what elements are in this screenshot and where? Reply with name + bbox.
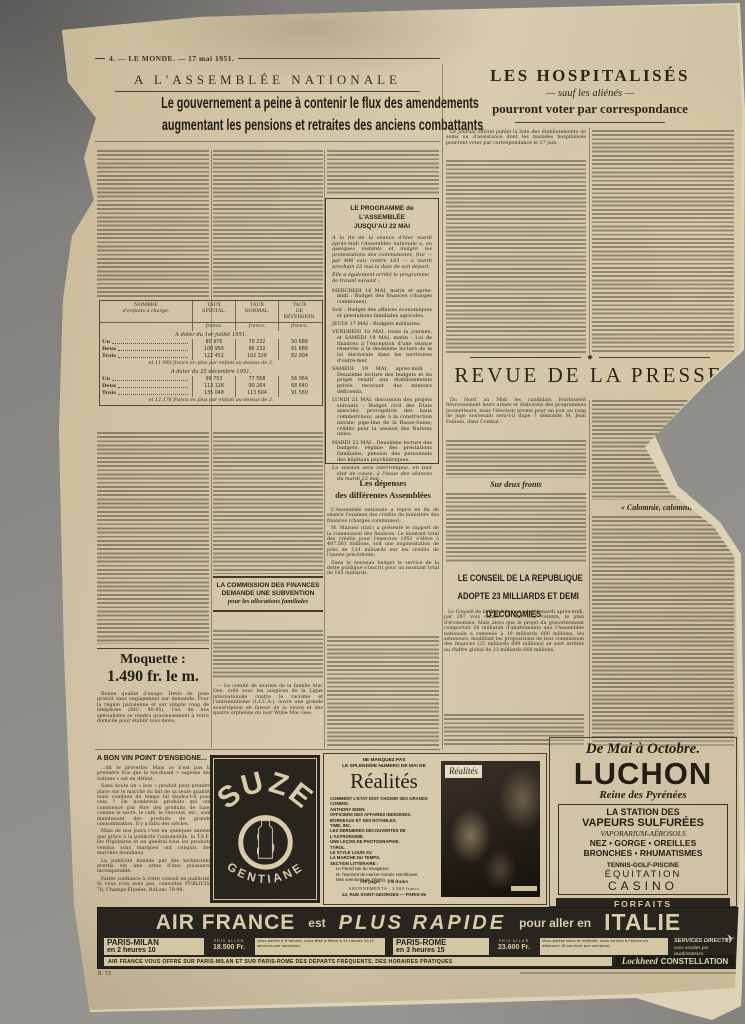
realites-photo-label: Réalités	[445, 765, 482, 778]
milan-note: Vous partez à 9 heures, vous êtes à Mila…	[255, 938, 385, 955]
section-divider-rule	[442, 64, 443, 750]
airfrance-brand: AIR FRANCE	[156, 912, 296, 933]
section-kicker: A L'ASSEMBLÉE NATIONALE	[115, 72, 420, 92]
programme-intro2: Elle a également arrêté le programme de …	[332, 273, 432, 284]
ads-rule	[95, 749, 440, 750]
revue-title: REVUE DE LA PRESSE	[443, 362, 735, 388]
lockheed-chip: Lockheed CONSTELLATION	[616, 955, 734, 967]
table-row: Trois 122 452 102 328 82 904	[100, 353, 322, 360]
table-unit-row: francs. francs. francs.	[100, 323, 322, 331]
commission-line3: pour les allocations familiales	[213, 598, 323, 606]
realites-brand: Réalités	[330, 769, 438, 793]
body-text-block	[213, 150, 323, 298]
hospitalises-rule	[515, 122, 665, 123]
milan-price: 18.500 Fr.	[206, 944, 252, 952]
bonvin-title: A BON VIN POINT D'ENSEIGNE...	[97, 754, 211, 763]
airfrance-banner: AIR FRANCE est PLUS RAPIDE pour aller en…	[98, 908, 739, 937]
body-text-block	[327, 150, 439, 194]
conseil-lead: Le Conseil de la République a adopté mar…	[444, 610, 584, 712]
luchon-brand: LUCHON	[550, 758, 736, 789]
moquette-body: Bonne qualité d'usage. Devis de pose gra…	[97, 692, 209, 744]
hospitalises-subtitle: — sauf les aliénés —	[444, 88, 736, 100]
body-text-block	[327, 636, 439, 746]
luchon-line2: VAPEURS SULFURÉES	[559, 817, 727, 829]
column-rule	[211, 150, 212, 748]
commission-line1: LA COMMISSION DES FINANCES	[213, 582, 323, 590]
programme-box: LE PROGRAMME de L'ASSEMBLÉE JUSQU'AU 22 …	[325, 198, 439, 464]
masthead: 4. — LE MONDE. — 17 mai 1951.	[95, 54, 440, 63]
table-row: Trois 135 048 113 604 91 560	[100, 390, 322, 397]
luchon-line3: VAPORARIUM-AÉROSOLS	[559, 829, 727, 838]
body-text-block	[592, 400, 734, 500]
realites-contents: COMMENT L'ETAT DOIT CHOISIR SES GRANDS C…	[330, 796, 438, 883]
rome-price: 23.600 Fr.	[491, 944, 537, 952]
body-text-block	[97, 150, 209, 298]
programme-title1: LE PROGRAMME de L'ASSEMBLÉE	[332, 204, 432, 222]
airfrance-rapide: PLUS RAPIDE	[339, 913, 506, 933]
headline-line2-wrap: augmentant les pensions et retraites des…	[93, 116, 441, 136]
rome-panel: PARIS-ROME en 3 heures 15	[393, 938, 489, 955]
hospitalises-subtitle2: pourront voter par correspondance	[444, 101, 736, 117]
bonvin-body: ...dit le proverbe. Mais ce n'est pas la…	[97, 766, 211, 902]
commission-line2: DEMANDE UNE SUBVENTION	[213, 590, 323, 598]
airfrance-ad: AIR FRANCE est PLUS RAPIDE pour aller en…	[97, 907, 740, 969]
headline-line1-wrap: Le gouvernement a peine à contenir le fl…	[93, 94, 441, 114]
footer-code: B. 73	[98, 971, 111, 977]
macgee-paragraph: — Le comité de soutien de la famille Mac…	[213, 684, 323, 746]
luchon-line1: LA STATION DES	[559, 807, 727, 817]
headline-line1: Le gouvernement a peine à contenir le fl…	[161, 94, 479, 114]
table-section-title: A dater du 25 décembre 1951.	[100, 368, 322, 376]
body-text-block	[446, 160, 586, 354]
pensions-table: NOMBRE d'enfants à charge. TAUX SPÉCIAL.…	[99, 300, 323, 406]
table-row: Un 80 976 70 232 50 688	[100, 339, 322, 346]
airfrance-bottom-strip: AIR FRANCE VOUS OFFRE SUR PARIS-MILAN ET…	[104, 957, 612, 966]
suze-ad: SUZE S GENTIANE	[210, 755, 320, 903]
col-header-sub: d'enfants à charge.	[101, 309, 191, 315]
hospitalises-lead: Le Journal officiel publie la liste des …	[446, 130, 586, 158]
table-row: Un 99 753 77 568 56 064	[100, 376, 322, 383]
body-text-block	[97, 432, 209, 644]
commission-box: LA COMMISSION DES FINANCES DEMANDE UNE S…	[213, 576, 323, 612]
luchon-line5: BRONCHES • RHUMATISMES	[559, 848, 727, 858]
body-text-block	[213, 630, 323, 680]
realites-address: 13, RUE SAINT-GEORGES — PARIS-9e	[330, 892, 438, 898]
milan-price-chip: PRIX ALLER 18.500 Fr.	[206, 939, 252, 954]
revue-lead: Du Nord au Midi les candidats fourbissen…	[446, 398, 586, 438]
subcolumn-rule	[589, 400, 590, 748]
luchon-line8: CASINO	[559, 880, 727, 892]
suze-inner-border: SUZE S GENTIANE	[213, 758, 317, 900]
body-text-block	[446, 440, 586, 478]
moquette-ad: Moquette : 1.490 fr. le m.	[97, 652, 209, 686]
section-separator: ◆	[470, 353, 710, 361]
footer-imprint-line	[520, 972, 736, 976]
body-text-block	[592, 130, 734, 354]
depenses-body: L'Assemblée nationale a repris en fin de…	[327, 508, 439, 632]
body-text-block	[446, 493, 586, 563]
revue-subhead-2: « Calomnie, calomnie » ?	[592, 503, 734, 513]
luchon-line4: NEZ • GORGE • OREILLES	[559, 838, 727, 848]
programme-items: MERCREDI 16 MAI, matin et après-midi : B…	[332, 289, 432, 483]
moquette-price: 1.490 fr. le m.	[97, 668, 209, 686]
body-text-block	[213, 432, 323, 574]
realites-abo: ABONNEMENTS : 3.900 francs	[330, 886, 438, 892]
table-note: et 11 093 francs en plus par enfant au-d…	[100, 360, 322, 368]
col-header-sub: NORMAL.	[237, 309, 277, 315]
milan-panel: PARIS-MILAN en 2 heures 10	[104, 938, 204, 955]
revue-subhead-1: Sur deux fronts	[446, 480, 586, 490]
table-section-title: A dater du 1er juillet 1951.	[100, 331, 322, 339]
headline-rule	[95, 141, 440, 142]
depenses-title2: des différentes Assemblées	[327, 490, 439, 501]
realites-photo-caption	[511, 886, 537, 891]
depenses-title1: Les dépenses	[327, 478, 439, 489]
programme-intro: A la fin de la séance d'hier mardi après…	[332, 236, 432, 270]
moquette-title: Moquette :	[97, 652, 209, 668]
ad-rule	[97, 648, 209, 649]
newspaper-scan: 4. — LE MONDE. — 17 mai 1951. A L'ASSEMB…	[0, 0, 745, 1024]
rome-note: Vous partez dans la matinée, vous arrive…	[540, 938, 668, 955]
hospitalises-title: LES HOSPITALISÉS	[444, 66, 736, 86]
headline-line2: augmentant les pensions et retraites des…	[162, 116, 483, 136]
realites-ad: NE MANQUEZ PAS LE SPLENDIDE NUMERO DE MA…	[323, 753, 547, 905]
col-header-sub: DE RÉVERSION.	[280, 309, 319, 321]
table-row: Deux 100 956 86 232 61 688	[100, 346, 322, 353]
realites-photo: Réalités	[441, 761, 540, 897]
suze-brand: SUZE	[214, 765, 317, 816]
table-note: et 12 376 francs en plus par enfant au-d…	[100, 397, 322, 405]
table-header-row: NOMBRE d'enfants à charge. TAUX SPÉCIAL.…	[100, 301, 322, 323]
diamond-icon: ◆	[587, 353, 592, 361]
programme-title2: JUSQU'AU 22 MAI	[332, 222, 432, 231]
airfrance-italie: ITALIE	[604, 911, 681, 934]
newspaper-page: 4. — LE MONDE. — 17 mai 1951. A L'ASSEMB…	[0, 0, 745, 1024]
subcolumn-rule	[589, 128, 590, 354]
col-header-sub: SPÉCIAL.	[194, 309, 234, 315]
luchon-ad: De Mai à Octobre. LUCHON Reine des Pyrén…	[549, 737, 737, 907]
suze-bottle-icon	[259, 821, 273, 859]
rome-price-chip: PRIX ALLER 23.600 Fr.	[491, 939, 537, 954]
luchon-station-box: LA STATION DES VAPEURS SULFURÉES VAPORAR…	[558, 804, 728, 895]
suze-artwork: SUZE S GENTIANE	[214, 759, 317, 898]
masthead-text: 4. — LE MONDE. — 17 mai 1951.	[109, 54, 234, 63]
svg-text:SUZE: SUZE	[214, 765, 317, 816]
body-text-block	[592, 516, 734, 746]
table-row: Deux 113 128 90 264 68 640	[100, 383, 322, 390]
